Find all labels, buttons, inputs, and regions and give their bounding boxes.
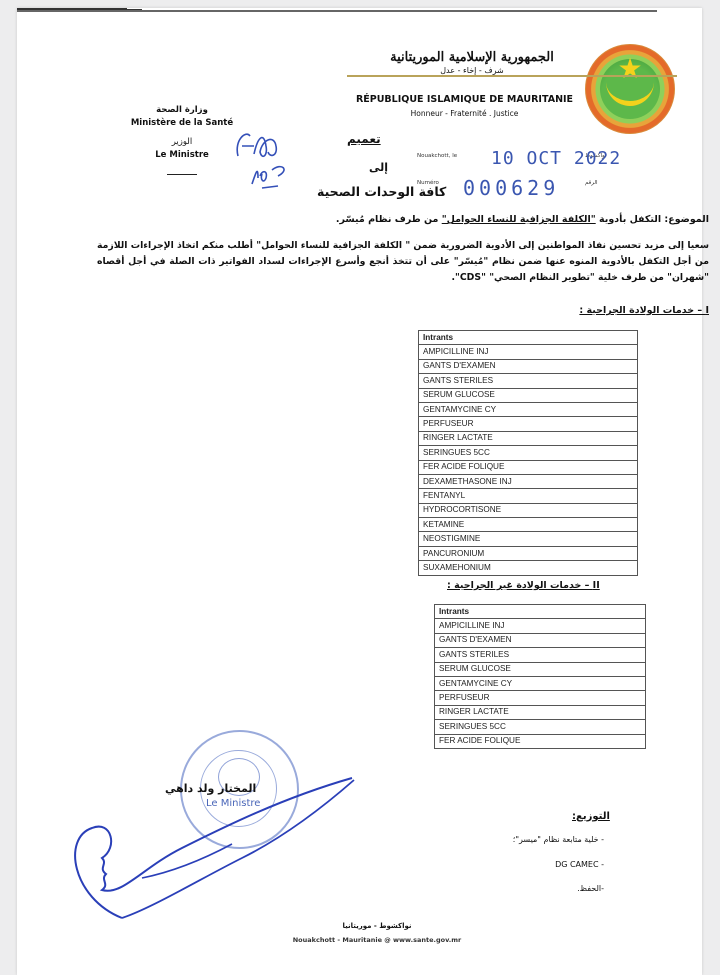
table-row: RINGER LACTATE <box>419 431 638 445</box>
header-divider <box>347 75 677 77</box>
handwritten-signature <box>62 768 362 928</box>
subject-underlined: "الكلفة الجزافية للنساء الحوامل" <box>442 214 596 225</box>
table-row: GENTAMYCINE CY <box>419 402 638 416</box>
table-cell: FENTANYL <box>419 489 638 503</box>
table-row: GANTS STERILES <box>419 374 638 388</box>
header-arabic-motto: شرف - إخاء - عدل <box>362 66 582 75</box>
circular-to: إلى <box>369 161 388 174</box>
intrants-table-non-surgical: Intrants AMPICILLINE INJ GANTS D'EXAMEN … <box>434 604 646 749</box>
table-header-cell: Intrants <box>435 605 646 619</box>
distribution-title: التوزيع: <box>572 811 610 822</box>
table-row: GANTS D'EXAMEN <box>419 359 638 373</box>
table-cell: KETAMINE <box>419 518 638 532</box>
section-2-heading: II – خدمات الولادة غير الجراحية : <box>447 580 647 591</box>
distribution-item: - خلية متابعة نظام "ميسر"؛ <box>513 835 604 844</box>
ministry-rule <box>167 174 197 175</box>
footer-french: Nouakchott - Mauritanie @ www.sante.gov.… <box>277 936 477 944</box>
table-cell: HYDROCORTISONE <box>419 503 638 517</box>
table-row: HYDROCORTISONE <box>419 503 638 517</box>
footer-divider <box>17 10 657 12</box>
subject-label: الموضوع: <box>664 214 709 225</box>
subject-text-before: التكفل بأدوية <box>599 214 661 225</box>
table-cell: GANTS STERILES <box>419 374 638 388</box>
section-1-heading: I – خدمات الولادة الجراحية : <box>457 305 709 316</box>
table-row: SERINGUES 5CC <box>419 446 638 460</box>
table-row: GENTAMYCINE CY <box>435 676 646 690</box>
table-row: AMPICILLINE INJ <box>435 619 646 633</box>
number-label-ar: الرقم <box>585 180 598 186</box>
table-row: PERFUSEUR <box>435 691 646 705</box>
table-row: GANTS STERILES <box>435 648 646 662</box>
date-stamp: 10 OCT 2022 <box>491 148 621 169</box>
table-row: SERINGUES 5CC <box>435 720 646 734</box>
table-header-row: Intrants <box>419 331 638 345</box>
table-cell: GANTS STERILES <box>435 648 646 662</box>
table-row: KETAMINE <box>419 518 638 532</box>
distribution-item: DG CAMEC - <box>555 860 604 869</box>
ministry-arabic-role: الوزير <box>117 136 247 149</box>
table-row: FER ACIDE FOLIQUE <box>419 460 638 474</box>
table-row: SERUM GLUCOSE <box>435 662 646 676</box>
header-french-title: RÉPUBLIQUE ISLAMIQUE DE MAURITANIE <box>347 94 582 105</box>
table-row: PERFUSEUR <box>419 417 638 431</box>
intrants-table-surgical: Intrants AMPICILLINE INJ GANTS D'EXAMEN … <box>418 330 638 576</box>
table-cell: FER ACIDE FOLIQUE <box>435 734 646 748</box>
subject-line: الموضوع: التكفل بأدوية "الكلفة الجزافية … <box>97 214 709 225</box>
handwritten-initials <box>232 126 312 196</box>
table-cell: NEOSTIGMINE <box>419 532 638 546</box>
table-cell: SUXAMEHONIUM <box>419 561 638 575</box>
ministry-arabic-name: وزارة الصحة <box>117 104 247 117</box>
circular-recipient: كافة الوحدات الصحية <box>317 184 446 199</box>
table-row: RINGER LACTATE <box>435 705 646 719</box>
table-cell: PERFUSEUR <box>419 417 638 431</box>
date-label-fr: Nouakchott, le <box>417 153 457 159</box>
table-row: SERUM GLUCOSE <box>419 388 638 402</box>
table-cell: GENTAMYCINE CY <box>435 676 646 690</box>
circular-title: تعميم <box>347 132 381 146</box>
table-row: DEXAMETHASONE INJ <box>419 474 638 488</box>
ministry-french-role: Le Ministre <box>117 149 247 162</box>
number-stamp: 000629 <box>463 176 559 200</box>
body-paragraph: سعيا إلى مزيد تحسين نفاذ المواطنين إلى ا… <box>97 238 709 286</box>
table-cell: AMPICILLINE INJ <box>419 345 638 359</box>
table-cell: PERFUSEUR <box>435 691 646 705</box>
subject-text-after: من طرف نظام مُيسّر. <box>336 214 439 225</box>
document-page: ★ الجمهورية الإسلامية الموريتانية شرف - … <box>17 8 702 975</box>
table-cell: GANTS D'EXAMEN <box>435 633 646 647</box>
distribution-item: -الحفظ. <box>577 884 604 893</box>
table-cell: SERUM GLUCOSE <box>435 662 646 676</box>
header-arabic-title: الجمهورية الإسلامية الموريتانية <box>362 50 582 65</box>
table-row: AMPICILLINE INJ <box>419 345 638 359</box>
table-row: NEOSTIGMINE <box>419 532 638 546</box>
ministry-block: وزارة الصحة Ministère de la Santé الوزير… <box>117 104 247 175</box>
table-row: SUXAMEHONIUM <box>419 561 638 575</box>
table-row: PANCURONIUM <box>419 546 638 560</box>
table-cell: SERINGUES 5CC <box>435 720 646 734</box>
table-row: FENTANYL <box>419 489 638 503</box>
table-cell: FER ACIDE FOLIQUE <box>419 460 638 474</box>
table-header-row: Intrants <box>435 605 646 619</box>
table-cell: PANCURONIUM <box>419 546 638 560</box>
mauritania-coat-of-arms-icon: ★ <box>585 44 675 134</box>
table-cell: DEXAMETHASONE INJ <box>419 474 638 488</box>
number-label-fr: Numéro <box>417 180 439 186</box>
table-row: GANTS D'EXAMEN <box>435 633 646 647</box>
table-header-cell: Intrants <box>419 331 638 345</box>
table-cell: RINGER LACTATE <box>435 705 646 719</box>
table-cell: SERUM GLUCOSE <box>419 388 638 402</box>
table-cell: GANTS D'EXAMEN <box>419 359 638 373</box>
ministry-french-name: Ministère de la Santé <box>117 117 247 130</box>
footer-arabic: نواكشوط - موريتانيا <box>277 922 477 930</box>
header-french-motto: Honneur - Fraternité . Justice <box>347 109 582 118</box>
table-cell: SERINGUES 5CC <box>419 446 638 460</box>
table-cell: RINGER LACTATE <box>419 431 638 445</box>
table-cell: AMPICILLINE INJ <box>435 619 646 633</box>
table-cell: GENTAMYCINE CY <box>419 402 638 416</box>
table-row: FER ACIDE FOLIQUE <box>435 734 646 748</box>
